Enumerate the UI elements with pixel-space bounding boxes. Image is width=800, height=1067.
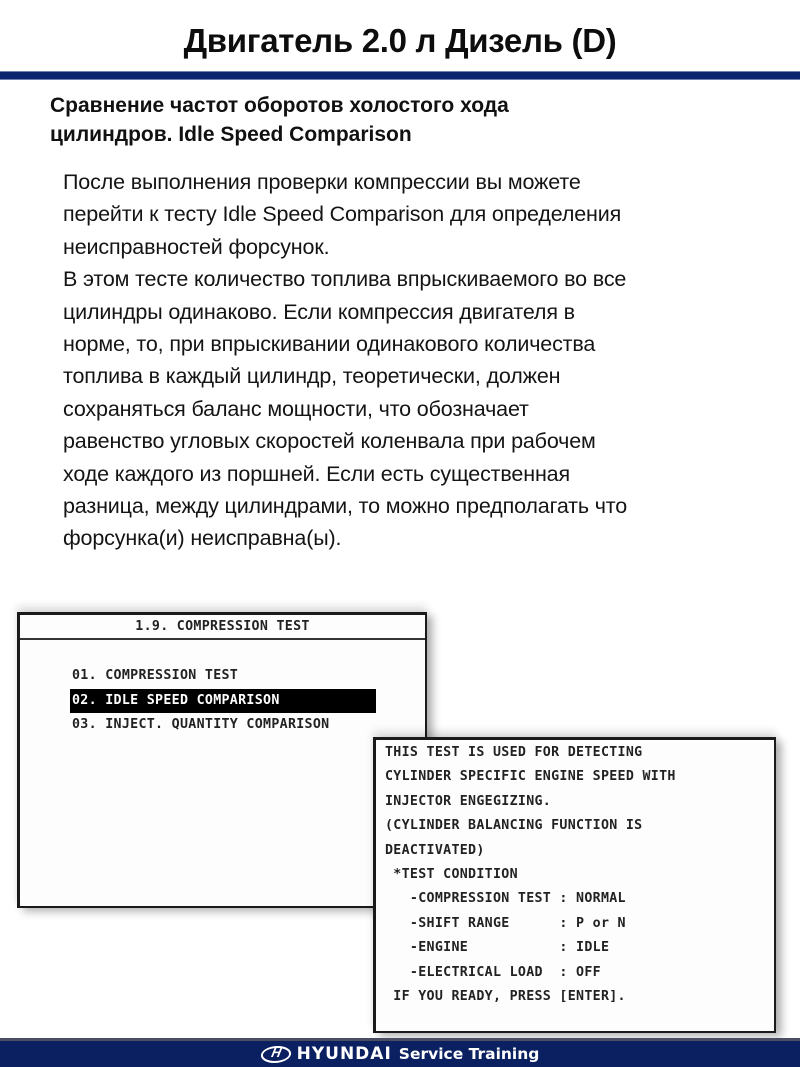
info-line: THIS TEST IS USED FOR DETECTING bbox=[385, 741, 676, 765]
hyundai-logo-icon bbox=[259, 1046, 293, 1063]
body-line: топлива в каждый цилиндр, теоретически, … bbox=[63, 360, 788, 392]
body-line: разница, между цилиндрами, то можно пред… bbox=[63, 490, 788, 522]
info-text: THIS TEST IS USED FOR DETECTING CYLINDER… bbox=[385, 741, 676, 1009]
compression-test-menu-screen: 1.9. COMPRESSION TEST 01. COMPRESSION TE… bbox=[17, 612, 427, 908]
condition-shift-range: -SHIFT RANGE : P or N bbox=[385, 912, 676, 936]
body-line: В этом тесте количество топлива впрыскив… bbox=[63, 263, 788, 295]
test-condition-heading: *TEST CONDITION bbox=[385, 863, 676, 887]
body-paragraph: После выполнения проверки компрессии вы … bbox=[63, 166, 788, 555]
slide-subtitle: Сравнение частот оборотов холостого хода… bbox=[50, 91, 690, 149]
footer-bar: HYUNDAI Service Training bbox=[0, 1038, 800, 1067]
subtitle-line: Сравнение частот оборотов холостого хода bbox=[50, 91, 690, 120]
body-line: перейти к тесту Idle Speed Comparison дл… bbox=[63, 198, 788, 230]
info-line: INJECTOR ENGEGIZING. bbox=[385, 790, 676, 814]
press-enter-prompt: IF YOU READY, PRESS [ENTER]. bbox=[385, 985, 676, 1009]
body-line: ходе каждого из поршней. Если есть сущес… bbox=[63, 458, 788, 490]
menu-item-idle-speed-comparison[interactable]: 02. IDLE SPEED COMPARISON bbox=[70, 689, 376, 714]
body-line: цилиндры одинаково. Если компрессия двиг… bbox=[63, 296, 788, 328]
condition-compression-test: -COMPRESSION TEST : NORMAL bbox=[385, 887, 676, 911]
title-divider bbox=[0, 71, 800, 80]
body-line: форсунка(и) неисправна(ы). bbox=[63, 522, 788, 554]
subtitle-line: цилиндров. Idle Speed Comparison bbox=[50, 120, 690, 149]
info-line: (CYLINDER BALANCING FUNCTION IS bbox=[385, 814, 676, 838]
info-line: CYLINDER SPECIFIC ENGINE SPEED WITH bbox=[385, 765, 676, 789]
footer-brand: HYUNDAI bbox=[297, 1044, 392, 1064]
slide-title: Двигатель 2.0 л Дизель (D) bbox=[0, 22, 800, 60]
info-line: DEACTIVATED) bbox=[385, 839, 676, 863]
body-line: После выполнения проверки компрессии вы … bbox=[63, 166, 788, 198]
idle-speed-info-screen: THIS TEST IS USED FOR DETECTING CYLINDER… bbox=[373, 737, 776, 1033]
menu-list: 01. COMPRESSION TEST 02. IDLE SPEED COMP… bbox=[70, 664, 376, 738]
condition-engine: -ENGINE : IDLE bbox=[385, 936, 676, 960]
body-line: сохраняться баланс мощности, что обознач… bbox=[63, 393, 788, 425]
body-line: норме, то, при впрыскивании одинакового … bbox=[63, 328, 788, 360]
menu-item-compression-test[interactable]: 01. COMPRESSION TEST bbox=[70, 664, 376, 689]
condition-electrical-load: -ELECTRICAL LOAD : OFF bbox=[385, 961, 676, 985]
menu-screen-title: 1.9. COMPRESSION TEST bbox=[20, 615, 425, 640]
menu-item-inject-quantity-comparison[interactable]: 03. INJECT. QUANTITY COMPARISON bbox=[70, 713, 376, 738]
footer-text: Service Training bbox=[399, 1045, 540, 1063]
body-line: равенство угловых скоростей коленвала пр… bbox=[63, 425, 788, 457]
body-line: неисправностей форсунок. bbox=[63, 231, 788, 263]
